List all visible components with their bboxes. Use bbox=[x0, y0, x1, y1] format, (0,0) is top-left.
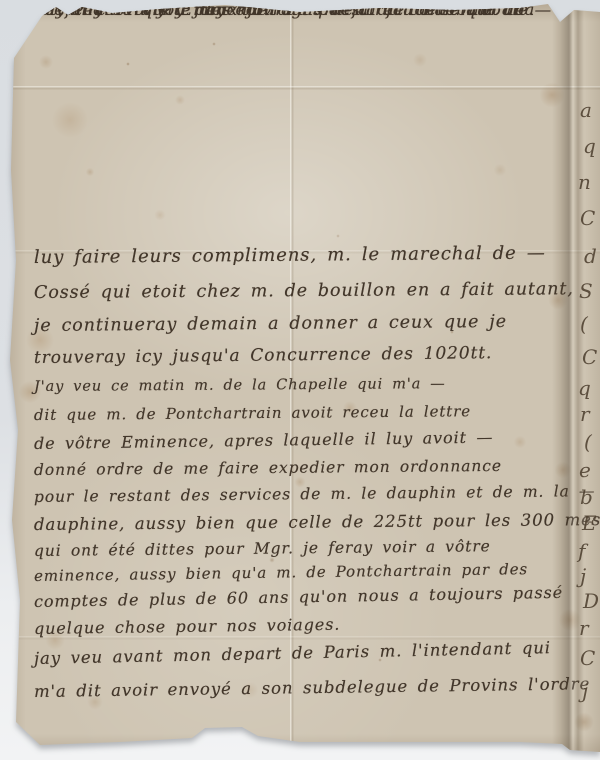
photo-backdrop: luy faire leurs complimens, m. le marech… bbox=[0, 0, 600, 760]
edge-fragment: f bbox=[578, 541, 585, 561]
handwriting-line: comptes de plus de 60 ans qu'on nous a t… bbox=[34, 583, 563, 611]
edge-fragment: a bbox=[580, 100, 592, 120]
edge-fragment: ( bbox=[580, 314, 588, 334]
edge-fragment: b bbox=[580, 487, 593, 507]
edge-fragment: r bbox=[580, 404, 590, 424]
handwriting-line: pour le restant des services de m. le da… bbox=[34, 482, 596, 506]
handwriting-line: eminence, aussy bien qu'a m. de Pontchar… bbox=[34, 560, 528, 585]
edge-fragment: q bbox=[583, 136, 596, 156]
handwriting-line: de vôtre Eminence, apres laquelle il luy… bbox=[34, 428, 494, 453]
edge-fragment: r bbox=[579, 618, 589, 638]
handwriting-line: m'a dit avoir envoyé a son subdelegue de… bbox=[34, 674, 590, 701]
handwriting-line: dauphine, aussy bien que celle de 225tt … bbox=[34, 510, 600, 534]
letter-page: luy faire leurs complimens, m. le marech… bbox=[0, 0, 600, 760]
edge-fragment: ( bbox=[584, 432, 592, 452]
adjacent-page-edge: a q n C d S ( C q r ( e b E f j D r C j bbox=[574, 0, 600, 760]
edge-fragment: C bbox=[580, 208, 595, 228]
horizontal-fold-crease bbox=[0, 86, 600, 90]
edge-fragment: n bbox=[578, 172, 591, 192]
edge-fragment: C bbox=[582, 347, 597, 367]
edge-fragment: D bbox=[583, 591, 599, 611]
handwriting-line: Cossé qui etoit chez m. de bouillon en a… bbox=[34, 279, 574, 303]
handwriting-line: qui ont été dittes pour Mgr. je feray vo… bbox=[34, 537, 491, 560]
edge-fragment: e bbox=[579, 460, 591, 480]
edge-fragment: C bbox=[580, 648, 595, 668]
edge-fragment: q bbox=[578, 378, 591, 398]
edge-fragment: j bbox=[582, 681, 588, 701]
handwriting-line: luy faire leurs complimens, m. le marech… bbox=[34, 243, 546, 268]
handwriting-line: lettre de votre Eminence a m. de la fall… bbox=[34, 0, 535, 19]
handwriting-line: donné ordre de me faire expedier mon ord… bbox=[34, 457, 502, 479]
edge-fragment: S bbox=[579, 281, 593, 301]
edge-fragment: E bbox=[582, 513, 597, 533]
handwriting-line: je continueray demain a donner a ceux qu… bbox=[34, 312, 507, 336]
handwriting-line: J'ay veu ce matin m. de la Chapelle qui … bbox=[34, 376, 446, 395]
handwriting-line: dit que m. de Pontchartrain avoit receu … bbox=[34, 402, 471, 424]
edge-fragment: j bbox=[580, 566, 586, 586]
handwriting-line: trouveray icy jusqu'a Concurrence des 10… bbox=[34, 343, 493, 368]
edge-fragment: d bbox=[584, 246, 597, 266]
handwriting-line: quelque chose pour nos voiages. bbox=[34, 615, 341, 638]
